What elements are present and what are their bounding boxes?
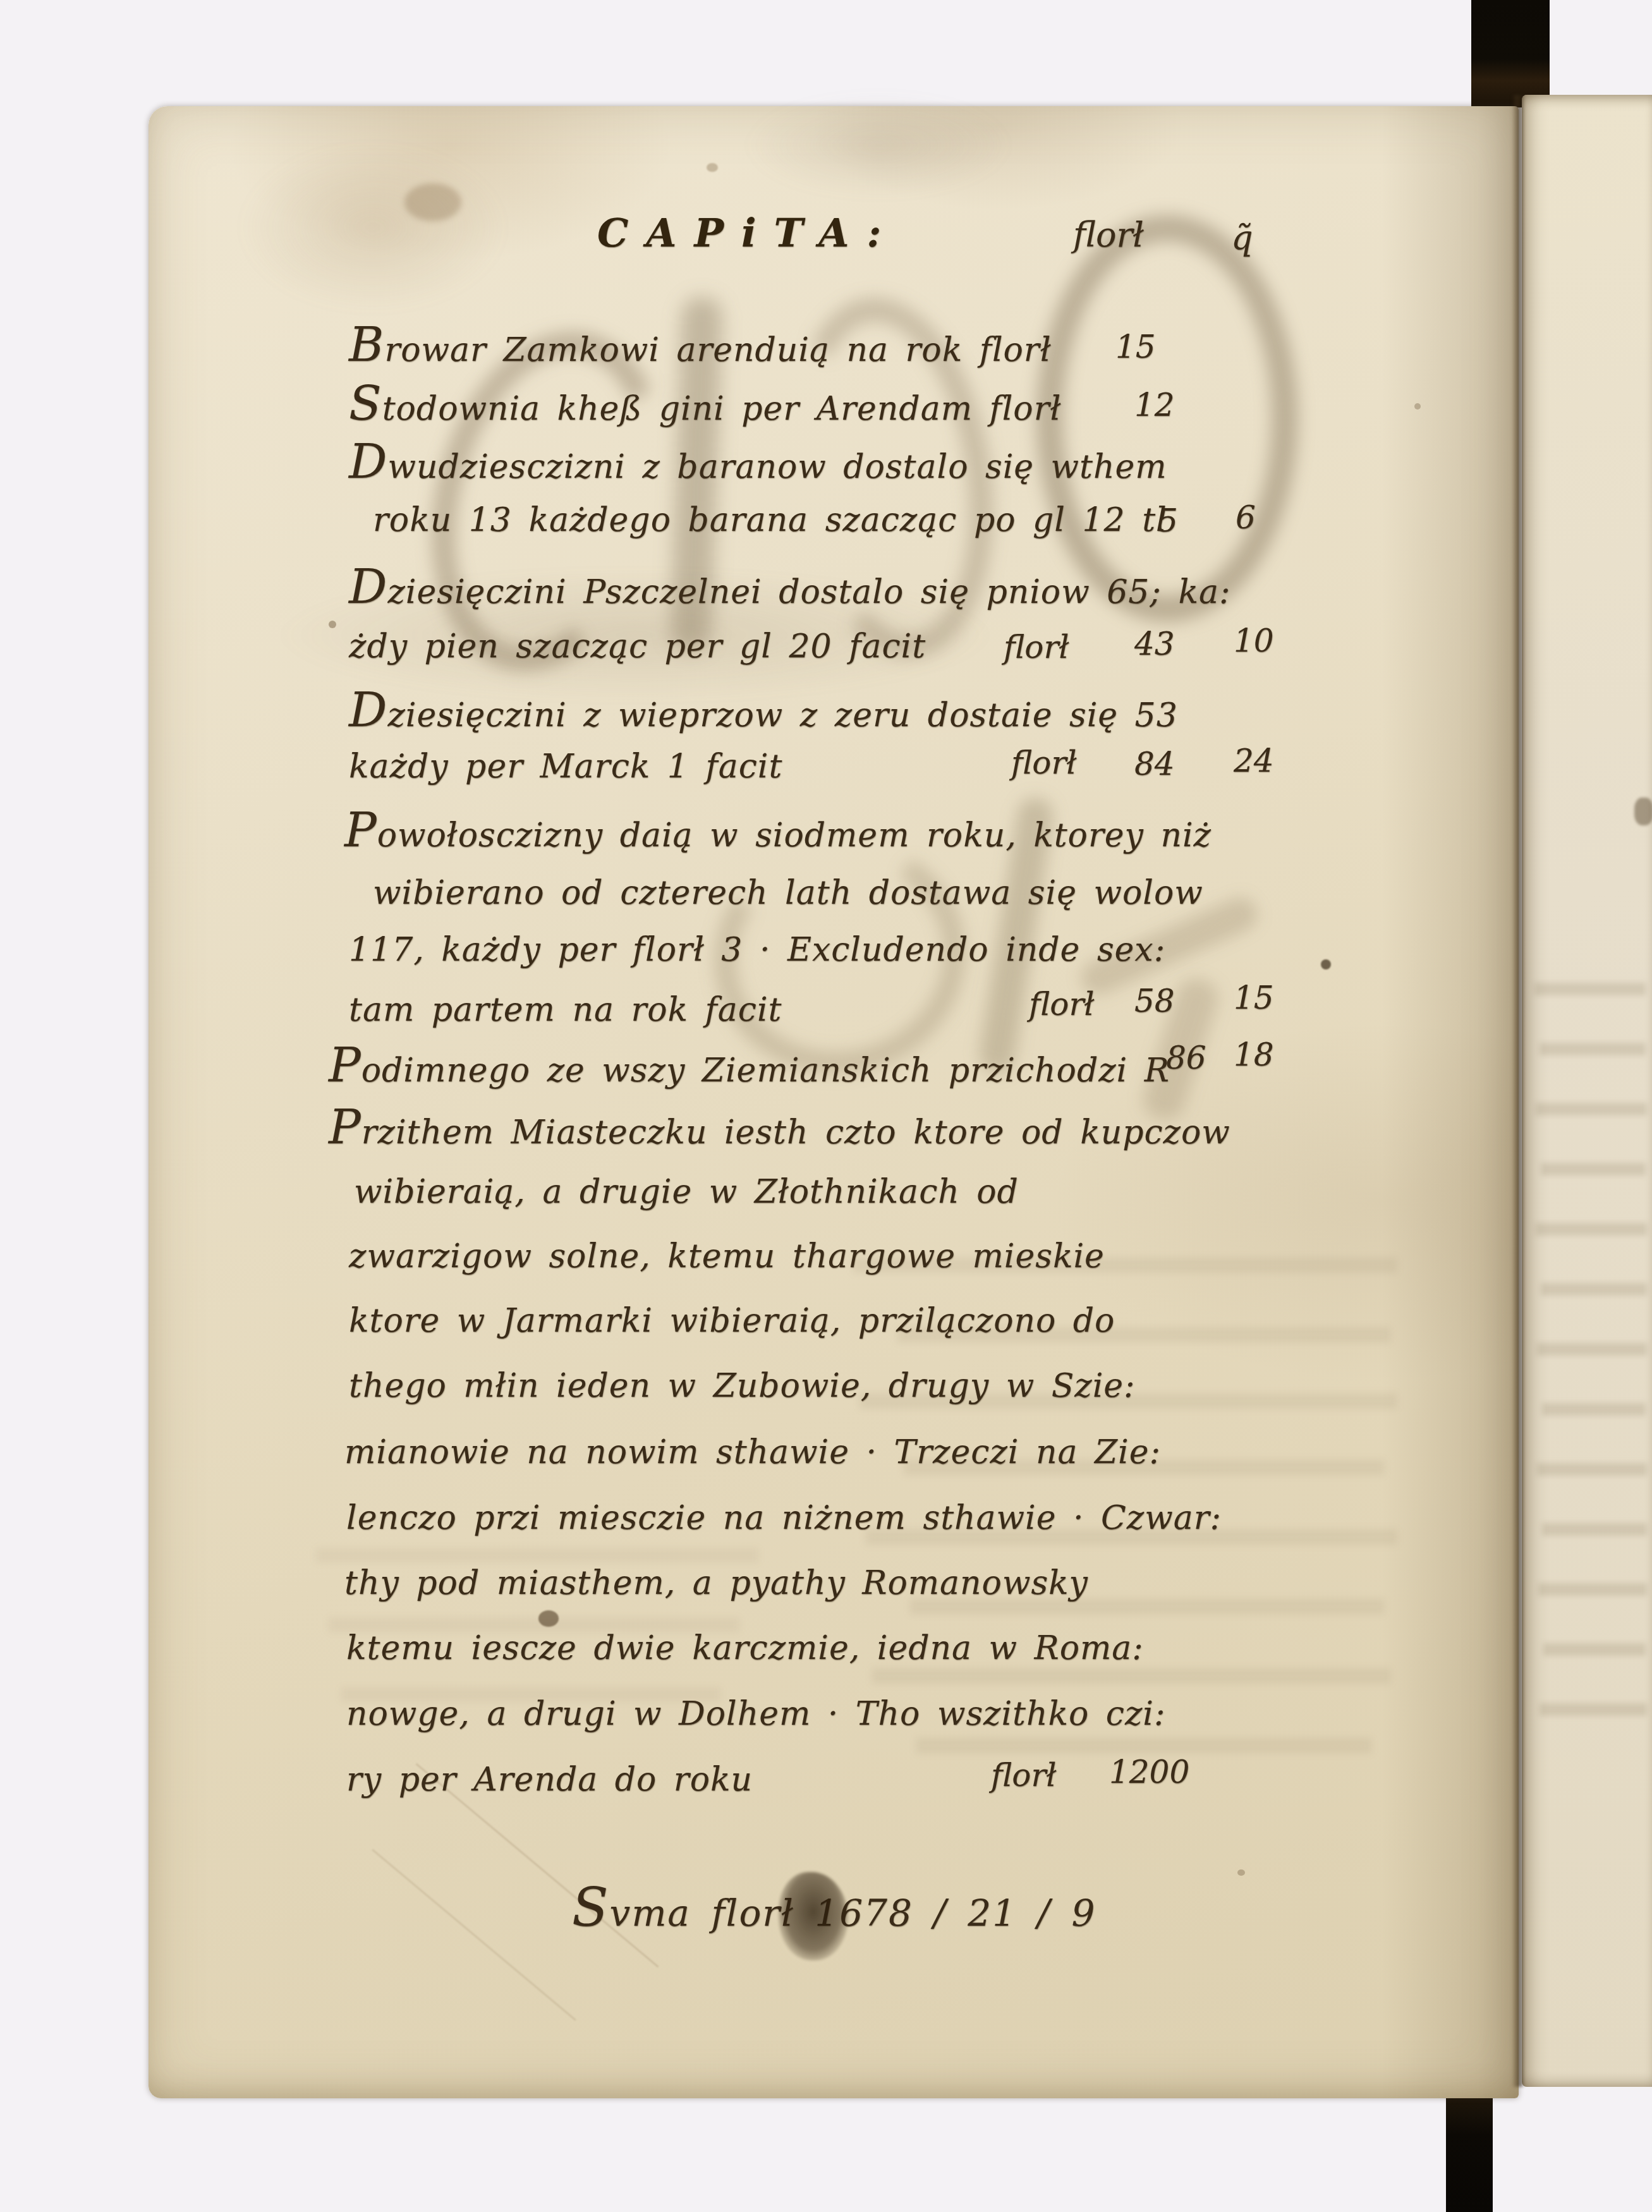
sum-value: 1678 / 21 / 9 xyxy=(815,1892,1096,1935)
amount-col2: 6 xyxy=(1236,499,1256,536)
manuscript-line: thego młin ieden w Zubowie, drugy w Szie… xyxy=(349,1367,1136,1405)
manuscript-line: Dwudziesczizni z baranow dostalo się wth… xyxy=(349,442,1167,486)
amount-col1: 86 xyxy=(1166,1040,1206,1076)
manuscript-line: tam partem na rok facit xyxy=(349,991,782,1029)
page-title: CAPiTA: xyxy=(597,210,899,256)
amount-col2: 15 xyxy=(1234,980,1274,1016)
amount-col1: 15 xyxy=(1115,329,1156,365)
header-currency-label: florł xyxy=(1073,215,1144,255)
ink-blot xyxy=(779,1872,848,1960)
currency-label: florł xyxy=(1004,629,1069,665)
manuscript-line: ktore w Jarmarki wibieraią, przilączono … xyxy=(349,1302,1115,1340)
sum-label-text: Svma florł xyxy=(572,1892,794,1935)
amount-col1: 43 xyxy=(1134,626,1175,662)
adjacent-page-edge xyxy=(1522,95,1652,2087)
manuscript-line: wibieraią, a drugie w Złothnikach od xyxy=(354,1173,1019,1211)
header-mark: q̃ xyxy=(1231,218,1253,258)
manuscript-line: nowge, a drugi w Dolhem · Tho wszithko c… xyxy=(346,1695,1166,1733)
manuscript-line: Dziesięczini Pszczelnei dostalo się pnio… xyxy=(349,568,1230,611)
manuscript-line: Podimnego ze wszy Ziemianskich przichodz… xyxy=(329,1046,1170,1090)
manuscript-line: wibierano od czterech lath dostawa się w… xyxy=(373,874,1203,912)
manuscript-scan: CAPiTA: florł q̃ Browar Zamkowi arenduią… xyxy=(0,0,1652,2212)
manuscript-line: ry per Arenda do roku xyxy=(346,1761,753,1799)
manuscript-line: thy pod miasthem, a pyathy Romanowsky xyxy=(344,1564,1088,1602)
manuscript-line: żdy pien szacząc per gl 20 facit xyxy=(349,628,926,665)
manuscript-line: Browar Zamkowi arenduią na rok florł xyxy=(349,325,1052,369)
amount-col1: 58 xyxy=(1134,983,1175,1019)
amount-col1: 12 xyxy=(1134,387,1175,423)
binding-strap-top xyxy=(1471,0,1550,107)
currency-label: florł xyxy=(991,1757,1057,1794)
binding-strap-bottom xyxy=(1446,2084,1493,2212)
manuscript-line: zwarzigow solne, ktemu thargowe mieskie xyxy=(349,1237,1105,1275)
amount-col1: 1200 xyxy=(1109,1754,1189,1790)
manuscript-line: 117, każdy per florł 3 · Excludendo inde… xyxy=(349,931,1165,969)
manuscript-line: mianowie na nowim sthawie · Trzeczi na Z… xyxy=(344,1433,1161,1471)
manuscript-line: ktemu iescze dwie karczmie, iedna w Roma… xyxy=(346,1629,1144,1667)
amount-col1: 84 xyxy=(1134,746,1175,782)
amount-col2: 18 xyxy=(1234,1036,1274,1073)
manuscript-line: Stodownia kheß gini per Arendam florł xyxy=(349,384,1061,428)
currency-label: florł xyxy=(1011,744,1077,781)
currency-label: florł xyxy=(1029,986,1095,1023)
manuscript-line: roku 13 każdego barana szacząc po gl 12 … xyxy=(373,501,1167,539)
amount-col1: 5 xyxy=(1158,502,1178,539)
amount-col2: 10 xyxy=(1234,623,1274,659)
manuscript-line: lenczo przi miesczie na niżnem sthawie ·… xyxy=(346,1499,1222,1537)
manuscript-line: każdy per Marck 1 facit xyxy=(349,748,782,786)
manuscript-line: Powołosczizny daią w siodmem roku, ktore… xyxy=(344,811,1212,854)
manuscript-line: Dziesięczini z wieprzow z zeru dostaie s… xyxy=(349,691,1178,734)
amount-col2: 24 xyxy=(1234,743,1274,779)
gutter-shadow xyxy=(1512,95,1524,2087)
manuscript-line: Przithem Miasteczku iesth czto ktore od … xyxy=(329,1108,1230,1152)
